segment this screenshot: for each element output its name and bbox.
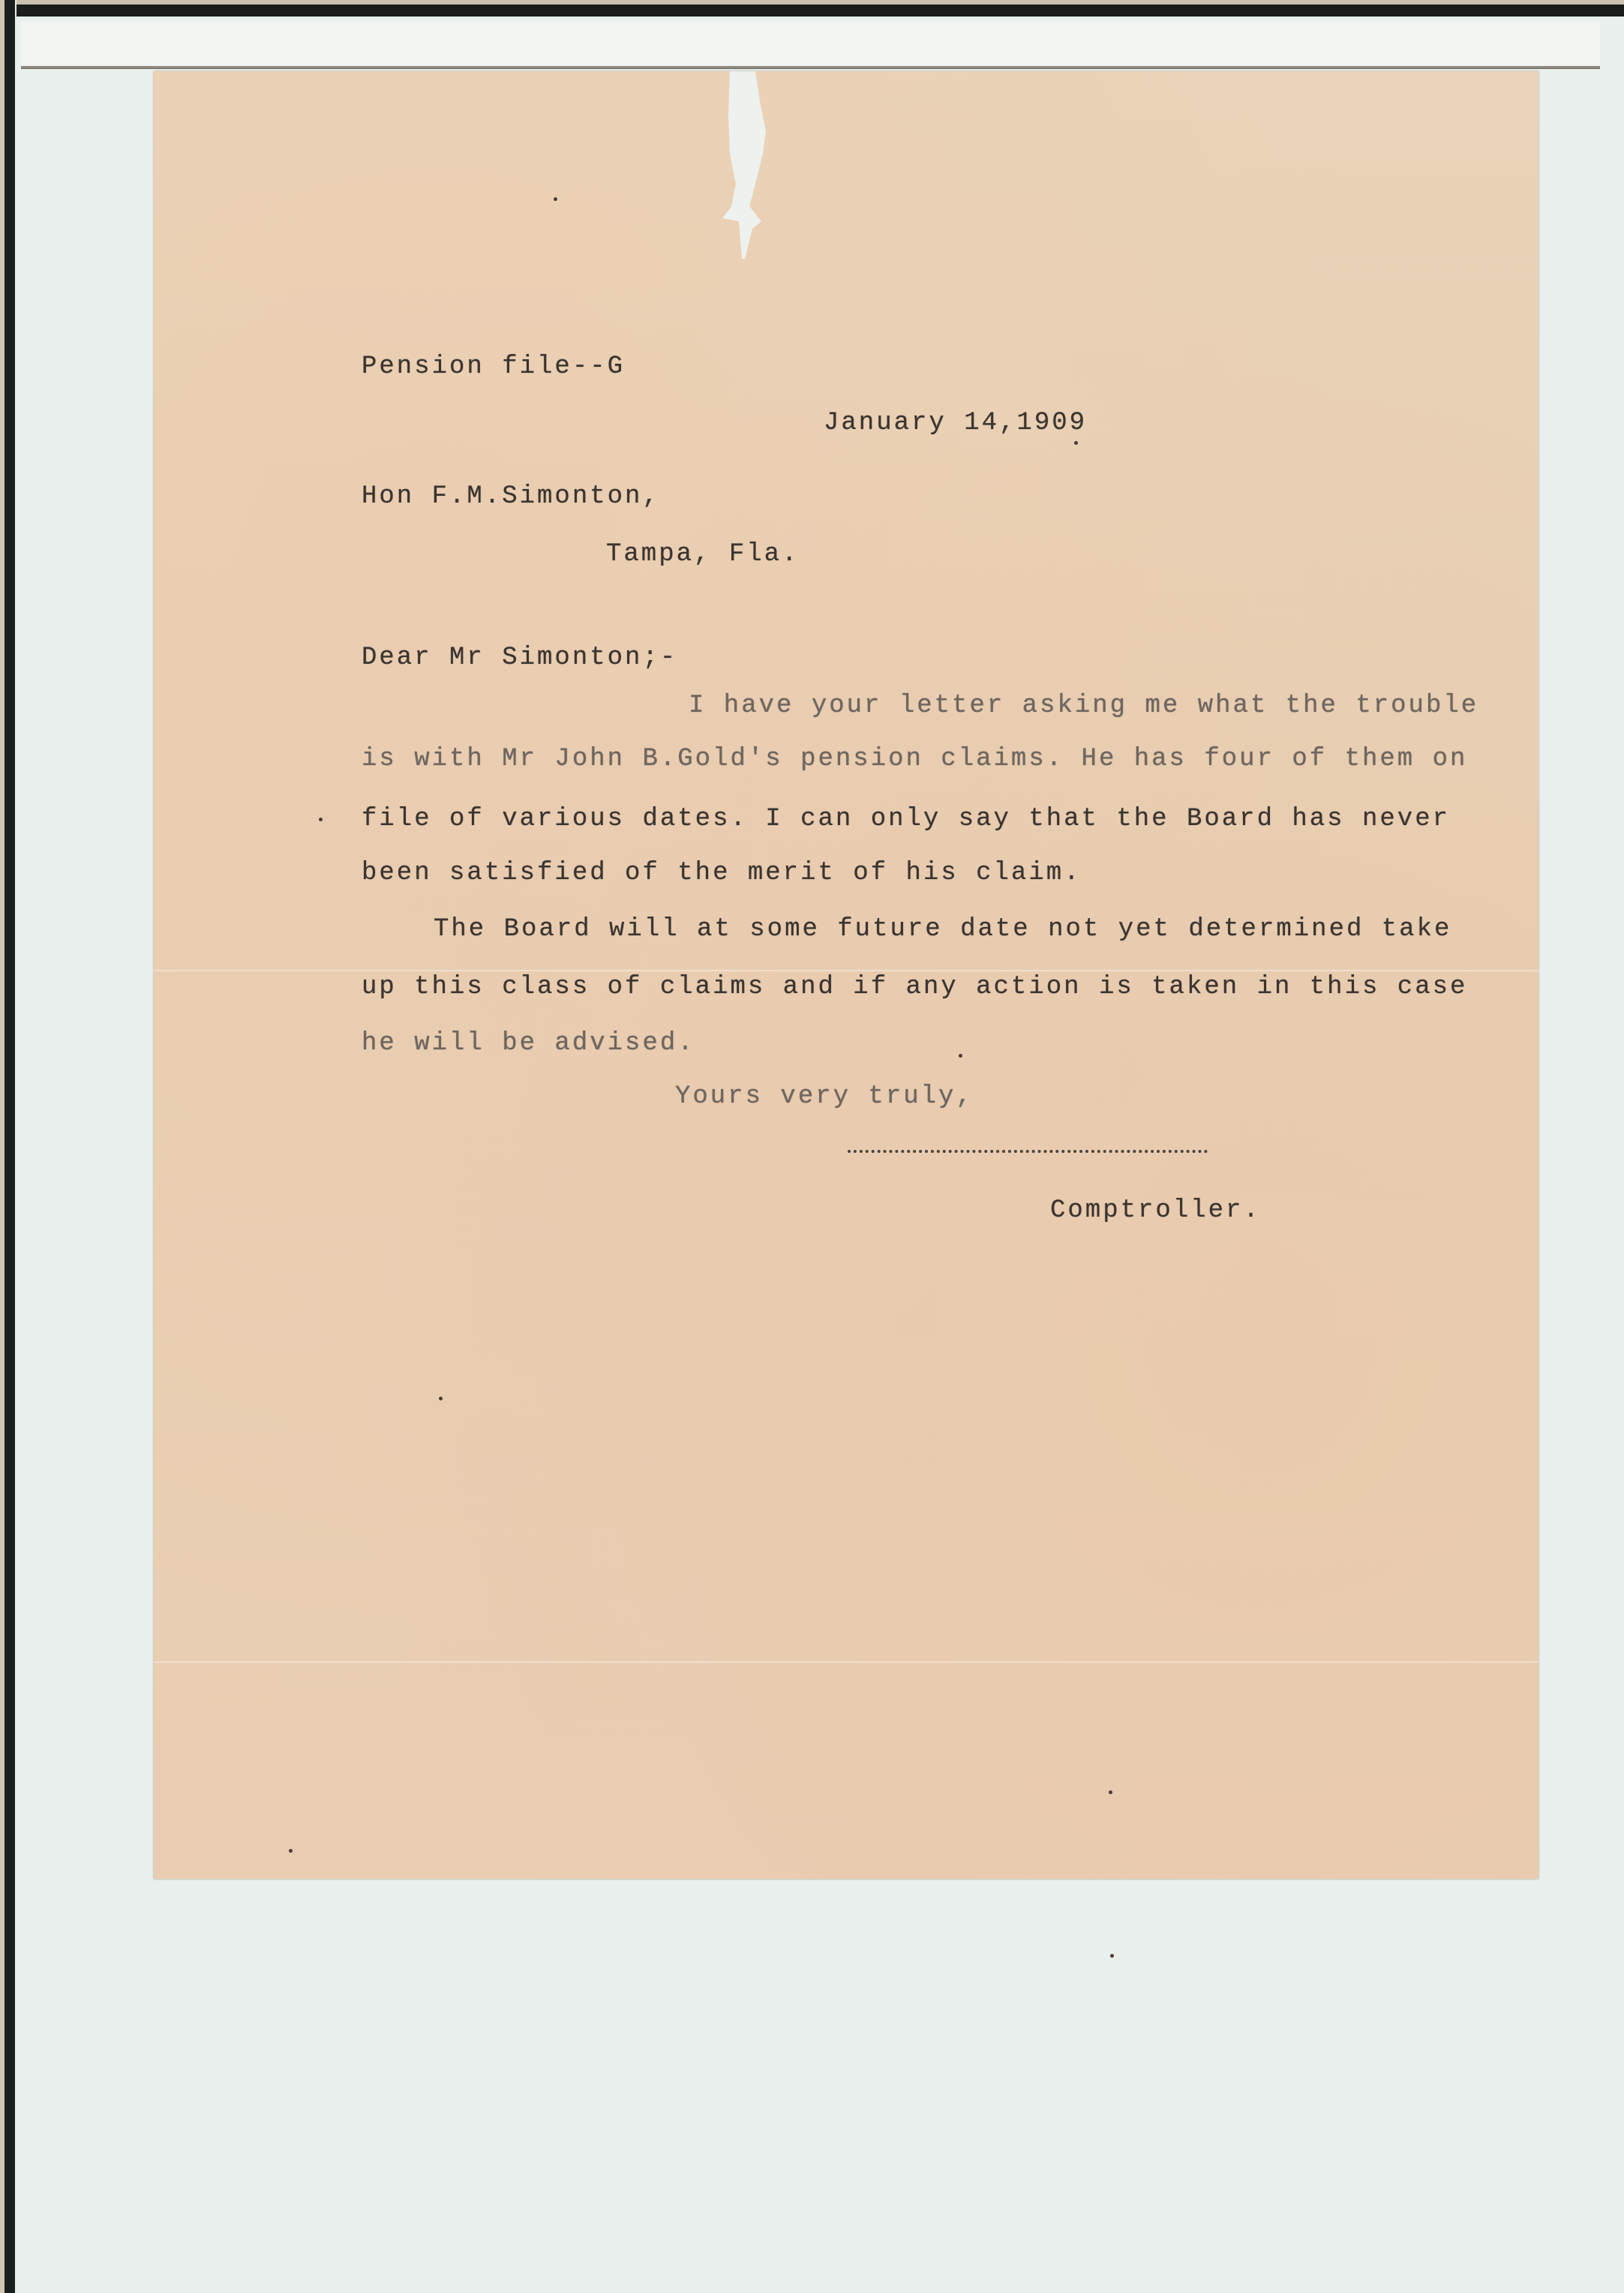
signature-line	[848, 1150, 1208, 1153]
body-line: is with Mr John B.Gold's pension claims.…	[362, 745, 1467, 773]
paper-speck	[554, 197, 557, 201]
signature-title: Comptroller.	[1050, 1196, 1261, 1225]
paper-speck	[319, 818, 323, 821]
closing: Yours very truly,	[675, 1082, 974, 1111]
paper-speck	[959, 1054, 962, 1058]
paper-speck	[1109, 1790, 1112, 1794]
paper-speck	[439, 1397, 443, 1400]
letter-date: January 14,1909	[824, 409, 1087, 437]
body-line: been satisfied of the merit of his claim…	[362, 859, 1082, 887]
recipient-name: Hon F.M.Simonton,	[362, 482, 660, 511]
paper-tear	[716, 71, 776, 259]
paper-speck	[1074, 441, 1078, 445]
mounting-strip	[21, 21, 1600, 68]
file-reference: Pension file--G	[362, 353, 625, 381]
paper-speck	[289, 1849, 293, 1853]
body-line: I have your letter asking me what the tr…	[689, 692, 1478, 720]
body-line: file of various dates. I can only say th…	[362, 805, 1450, 833]
scanner-left-edge	[0, 0, 17, 2293]
paper-fold-line	[154, 970, 1538, 971]
salutation: Dear Mr Simonton;-	[362, 644, 677, 672]
body-line: The Board will at some future date not y…	[434, 915, 1451, 944]
scanner-top-edge	[0, 0, 1624, 17]
paper-fold-line	[154, 1661, 1538, 1663]
recipient-location: Tampa, Fla.	[606, 540, 799, 569]
body-line: he will be advised.	[362, 1029, 695, 1058]
background-speck	[1110, 1954, 1114, 1958]
body-line: up this class of claims and if any actio…	[362, 973, 1467, 1001]
